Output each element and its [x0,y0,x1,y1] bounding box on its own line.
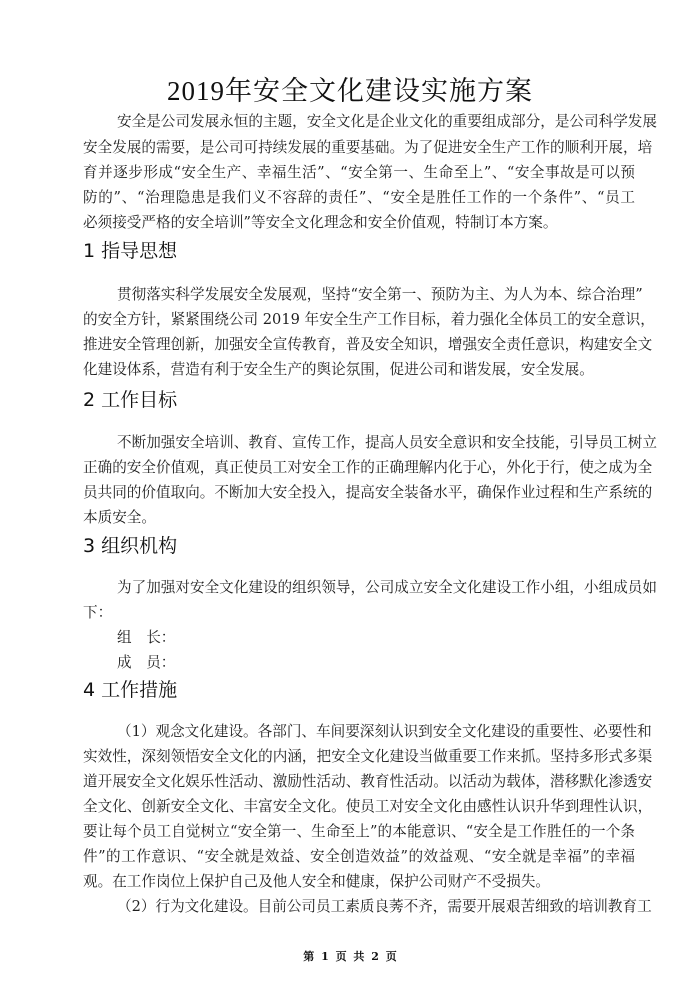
section-2-line: 正确的安全价值观，真正使员工对安全工作的正确理解内化于心，外化于行，使之成为全 [83,458,635,478]
document-title: 2019年安全文化建设实施方案 [0,74,700,108]
page-number-footer: 第 1 页 共 2 页 [0,948,700,964]
member-label-leader: 组 长： [117,628,635,648]
intro-line: 防的”、“治理隐患是我们义不容辞的责任”、“安全是胜任工作的一个条件”、“员工 [83,188,635,208]
section-4-line: 全文化、创新安全文化、丰富安全文化。使员工对安全文化由感性认识升华到理性认识， [83,797,635,817]
section-1-line: 化建设体系，营造有利于安全生产的舆论氛围，促进公司和谐发展，安全发展。 [83,360,635,380]
section-2-line: 员共同的价值取向。不断加大安全投入，提高安全装备水平，确保作业过程和生产系统的 [83,483,635,503]
section-2-line: 不断加强安全培训、教育、宣传工作，提高人员安全意识和安全技能，引导员工树立 [117,433,635,453]
section-4-line: 实效性，深刻领悟安全文化的内涵，把安全文化建设当做重要工作来抓。坚持多形式多渠 [83,747,635,767]
member-label-members: 成 员： [117,653,635,673]
section-1-line: 的安全方针，紧紧围绕公司 2019 年安全生产工作目标，着力强化全体员工的安全意… [83,310,635,330]
intro-line: 必须接受严格的安全培训”等安全文化理念和安全价值观，特制订本方案。 [83,213,635,233]
section-heading-1: 1 指导思想 [83,238,177,264]
intro-line: 安全发展的需要，是公司可持续发展的重要基础。为了促进安全生产工作的顺利开展，培 [83,138,635,158]
section-4-line: （1）观念文化建设。各部门、车间要深刻认识到安全文化建设的重要性、必要性和 [117,722,635,742]
document-page: 2019年安全文化建设实施方案 安全是公司发展永恒的主题，安全文化是企业文化的重… [0,0,700,990]
section-heading-4: 4 工作措施 [83,677,177,703]
section-1-line: 推进安全管理创新，加强安全宣传教育，普及安全知识，增强安全责任意识，构建安全文 [83,335,635,355]
section-1-line: 贯彻落实科学发展安全发展观，坚持“安全第一、预防为主、为人为本、综合治理” [117,285,635,305]
section-4-line: （2）行为文化建设。目前公司员工素质良莠不齐，需要开展艰苦细致的培训教育工 [117,897,635,917]
section-3-line: 下： [83,603,635,623]
intro-line: 育并逐步形成“安全生产、幸福生活”、“安全第一、生命至上”、“安全事故是可以预 [83,163,635,183]
section-4-line: 道开展安全文化娱乐性活动、激励性活动、教育性活动。以活动为载体，潜移默化渗透安 [83,772,635,792]
section-heading-2: 2 工作目标 [83,387,177,413]
section-4-line: 观。在工作岗位上保护自己及他人安全和健康，保护公司财产不受损失。 [83,872,635,892]
section-3-line: 为了加强对安全文化建设的组织领导，公司成立安全文化建设工作小组，小组成员如 [117,578,635,598]
section-heading-3: 3 组织机构 [83,533,177,559]
section-2-line: 本质安全。 [83,508,635,528]
section-4-line: 件”的工作意识、“安全就是效益、安全创造效益”的效益观、“安全就是幸福”的幸福 [83,847,635,867]
intro-line: 安全是公司发展永恒的主题，安全文化是企业文化的重要组成部分，是公司科学发展 [117,112,635,132]
section-4-line: 要让每个员工自觉树立“安全第一、生命至上”的本能意识、“安全是工作胜任的一个条 [83,822,635,842]
